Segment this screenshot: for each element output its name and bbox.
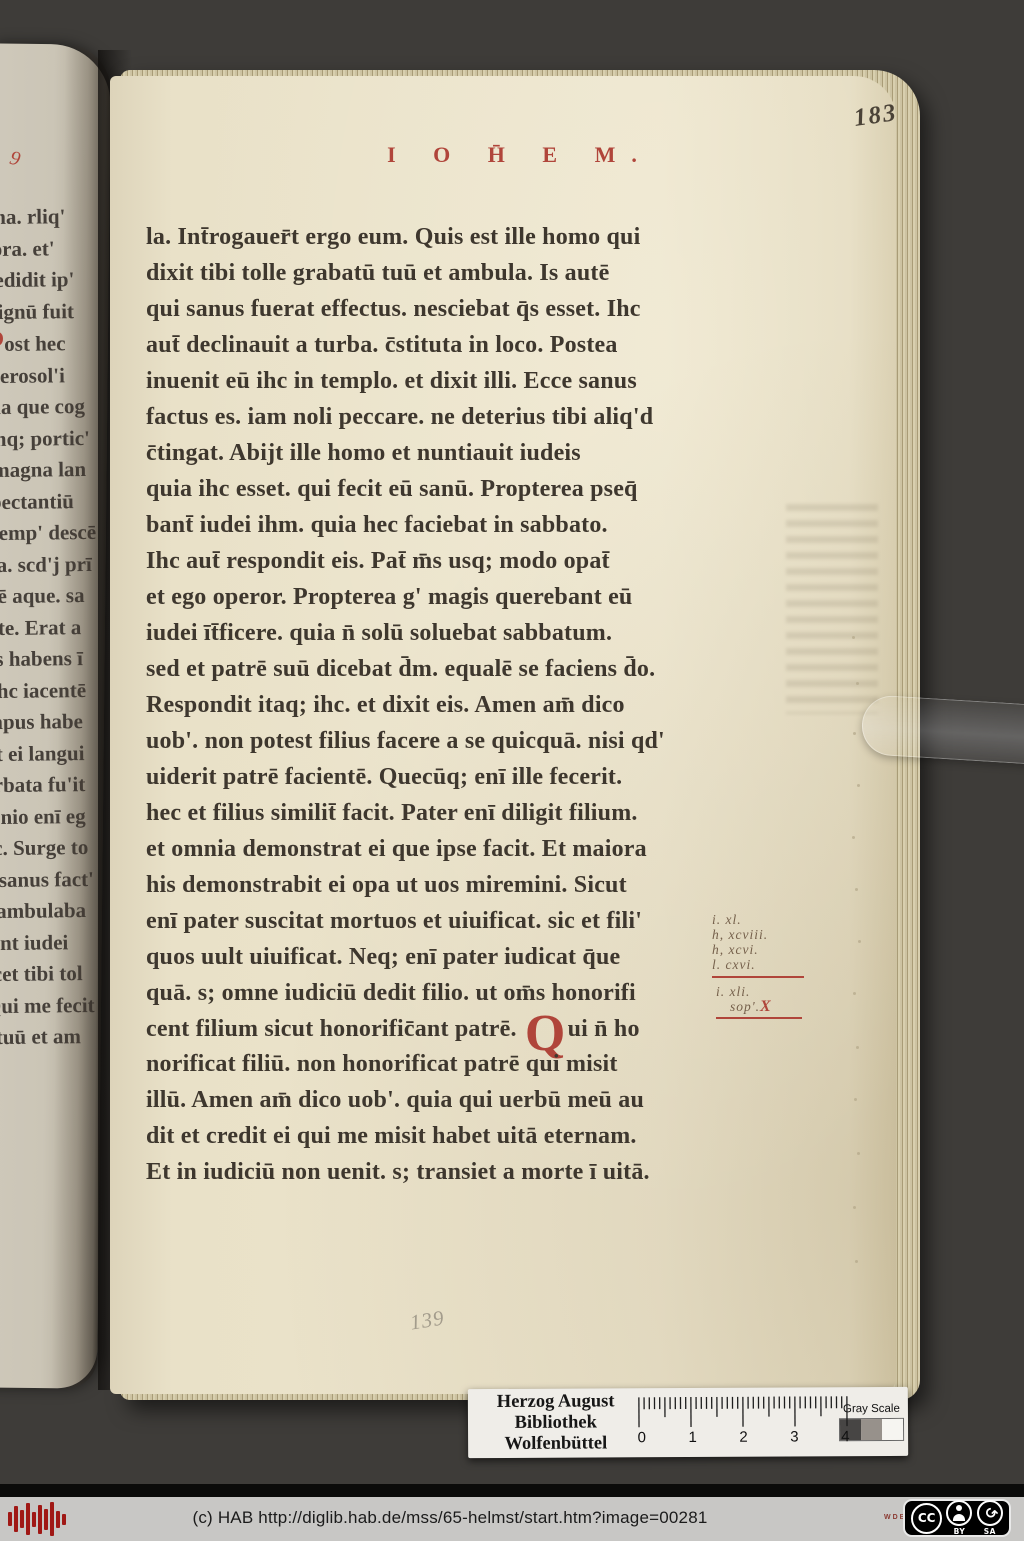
cc-license-badge: CC BY ↺ SA	[903, 1499, 1011, 1537]
manuscript-line: his demonstrabit ei opa ut uos miremini.…	[146, 870, 766, 906]
library-name: Herzog August Bibliothek Wolfenbüttel	[468, 1391, 638, 1455]
library-name-line1: Herzog August Bibliothek	[474, 1391, 638, 1434]
scale-plate: Herzog August Bibliothek Wolfenbüttel 01…	[468, 1387, 908, 1458]
rubric-initial-Q: Q	[523, 1019, 568, 1049]
manuscript-line: quos uult uiuificat. Neq; enī pater iudi…	[146, 942, 766, 978]
ruler-ticks	[637, 1396, 849, 1431]
manuscript-line: et ego operor. Propterea g' magis quereb…	[146, 582, 766, 618]
cm-ruler: 01234	[637, 1392, 839, 1453]
manuscript-line: sed et patrē suū dicebat d̄m. equalē se …	[146, 654, 766, 690]
manuscript-line: illū. Amen am̄ dico uob'. quia qui uerbū…	[146, 1085, 766, 1121]
manuscript-line: uob'. non potest filius facere a se quic…	[146, 726, 766, 762]
manuscript-line: Ihc aut̄ respondit eis. Pat̄ m̄s usq; mo…	[146, 546, 766, 582]
manuscript-line: bant̄ iudei ihm. quia hec faciebat in sa…	[146, 510, 766, 546]
ruler-number: 1	[688, 1428, 696, 1445]
manuscript-page: 183 I O H̄ E M. la. Int̄rogauer̄t ergo e…	[110, 76, 896, 1394]
manuscript-line: aut̄ declinauit a turba. c̄stituta in lo…	[146, 330, 766, 366]
ruler-number: 2	[739, 1428, 747, 1445]
ink-bleedthrough	[786, 504, 878, 714]
margin-notes: i. xli. sop'.X	[716, 984, 802, 1019]
margin-note-line: i. xli.	[716, 984, 802, 999]
facing-page: a septima. rliq'a illa hora. et'it. et c…	[0, 43, 111, 1388]
manuscript-line: enī pater suscitat mortuos et uiuificat.…	[146, 906, 766, 942]
margin-note-line: i. xl.	[712, 912, 804, 927]
quire-mark: 9	[7, 147, 22, 172]
ruler-numbers: 01234	[638, 1428, 850, 1446]
manuscript-line: dixit tibi tolle grabatū tuū et ambula. …	[146, 258, 766, 294]
ruler-number: 3	[790, 1428, 798, 1445]
folio-number: 183	[852, 99, 899, 133]
manuscript-line: quā. s; omne iudiciū dedit filio. ut om̄…	[146, 978, 766, 1014]
cc-sa-label: SA	[984, 1527, 996, 1536]
cc-sa-icon: ↺	[977, 1500, 1003, 1526]
cc-by-icon	[946, 1500, 972, 1526]
patch-light	[882, 1418, 903, 1439]
cc-icon: CC	[911, 1503, 942, 1534]
copyright-line: (c) HAB http://diglib.hab.de/mss/65-helm…	[0, 1508, 900, 1528]
margin-note-line: h, xcviii.	[712, 927, 804, 942]
ruler-number: 0	[638, 1429, 646, 1446]
margin-note-line: h, xcvi.	[712, 942, 804, 957]
manuscript-line: quia ihc esset. qui fecit eū sanū. Propt…	[146, 474, 766, 510]
manuscript-line: Respondit itaq; ihc. et dixit eis. Amen …	[146, 690, 766, 726]
margin-notes: i. xl.h, xcviii.h, xcvi.l. cxvi.	[712, 912, 804, 978]
manuscript-line: cent filium sicut honorific̄ant patrē. Q…	[146, 1014, 766, 1049]
manuscript-line: Et in iudiciū non uenit. s; transiet a m…	[146, 1157, 766, 1193]
manuscript-line: qui sanus fuerat effectus. nesciebat q̄s…	[146, 294, 766, 330]
manuscript-line: factus es. iam noli peccare. ne deterius…	[146, 402, 766, 438]
manuscript-line: hec et filius similit̄ facit. Pater enī …	[146, 798, 766, 834]
patch-mid	[861, 1418, 882, 1439]
manuscript-text-block: la. Int̄rogauer̄t ergo eum. Quis est ill…	[146, 222, 766, 1193]
cc-by-label: BY	[954, 1527, 966, 1536]
manuscript-line: dit et credit ei qui me misit habet uitā…	[146, 1121, 766, 1157]
red-mark: X	[760, 998, 772, 1015]
manuscript-line: uiderit patrē facientē. Quecūq; enī ille…	[146, 762, 766, 798]
pricking-holes	[852, 636, 855, 639]
photo-edge	[0, 1484, 1024, 1497]
margin-note-line: l. cxvi.	[712, 957, 804, 972]
page-holder-strip	[860, 694, 1024, 764]
library-name-line2: Wolfenbüttel	[474, 1433, 638, 1455]
manuscript-line: et omnia demonstrat ei que ipse facit. E…	[146, 834, 766, 870]
footer-bar: (c) HAB http://diglib.hab.de/mss/65-helm…	[0, 1497, 1024, 1541]
manuscript-line: norificat filiū. non honorificat patrē q…	[146, 1049, 766, 1085]
manuscript-line: iudei īt̄ficere. quia n̄ solū soluebat s…	[146, 618, 766, 654]
scan-photo: a septima. rliq'a illa hora. et'it. et c…	[0, 0, 1024, 1541]
manuscript-line: c̄tingat. Abijt ille homo et nuntiauit i…	[146, 438, 766, 474]
pencil-foliation: 139	[408, 1305, 446, 1335]
ruler-number: 4	[841, 1428, 849, 1445]
running-title: I O H̄ E M.	[310, 142, 730, 168]
margin-note-line: sop'.	[730, 999, 760, 1014]
manuscript-line: inuenit eū ihc in templo. et dixit illi.…	[146, 366, 766, 402]
manuscript-line: la. Int̄rogauer̄t ergo eum. Quis est ill…	[146, 222, 766, 258]
